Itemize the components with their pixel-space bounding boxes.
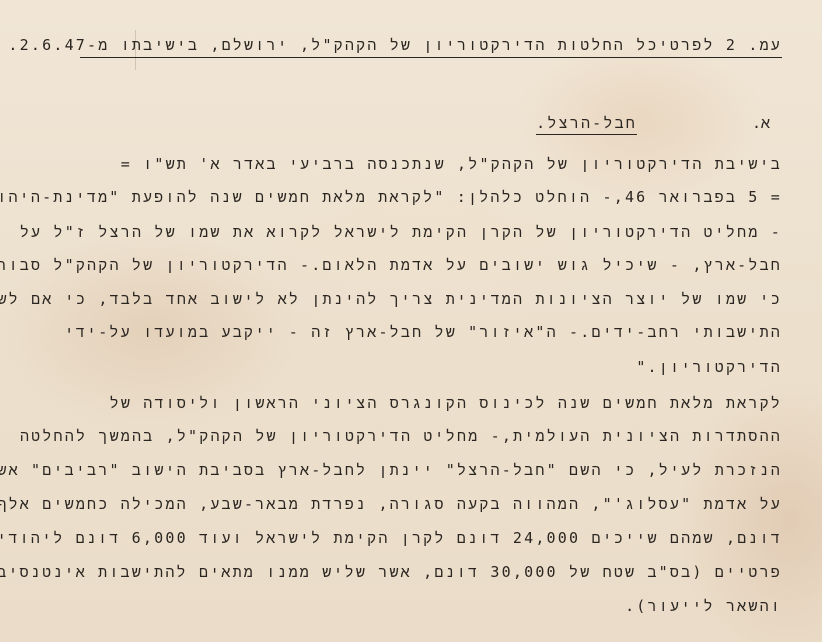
paragraph2-line-6: פרטיים (בס"ב שטח של 30,000 דונם, אשר שלי… xyxy=(78,562,782,582)
paragraph2-line-3: הנזכרת לעיל, כי השם "חבל-הרצל" יינתן לחב… xyxy=(78,460,782,480)
paragraph2-line-1: לקראת מלאת חמשים שנה לכינוס הקונגרס הציו… xyxy=(110,393,782,413)
section-title: חבל-הרצל. xyxy=(536,114,637,135)
section-marker: א. xyxy=(752,114,770,133)
paragraph1-line-3: - מחליט הדירקטוריון של הקרן הקימת לישראל… xyxy=(78,222,782,242)
paragraph1-line-1: בישיבת הדירקטוריון של הקהק"ל, שנתכנסה בר… xyxy=(121,154,782,174)
paragraph1-line-5: כי שמו של יוצר הציונות המדינית צריך להינ… xyxy=(78,289,782,309)
paragraph1-line-2: = 5 בפברואר 46,- הוחלט כלהלן: "לקראת מלא… xyxy=(78,187,782,207)
paragraph1-line-4: חבל-ארץ, - שיכיל גוש ישובים על אדמת הלאו… xyxy=(78,255,782,275)
paragraph2-line-4: על אדמת "עסלוג'", המהווה בקעה סגורה, נפר… xyxy=(78,494,782,514)
paragraph2-line-2: ההסתדרות הציונית העולמית,- מחליט הדירקטו… xyxy=(78,426,782,446)
paragraph1-line-6: התישבותי רחב-ידים.- ה"איזור" של חבל-ארץ … xyxy=(65,322,782,342)
paragraph1-line-7: הדירקטוריון." xyxy=(636,357,782,377)
paragraph2-line-7: והשאר לייעור). xyxy=(625,596,782,616)
paragraph2-line-5: דונם, שמהם שייכים 24,000 דונם לקרן הקימת… xyxy=(78,528,782,548)
document-header: עמ. 2 לפרטיכל החלטות הדירקטוריון של הקהק… xyxy=(80,36,782,58)
document-page: עמ. 2 לפרטיכל החלטות הדירקטוריון של הקהק… xyxy=(0,0,822,642)
